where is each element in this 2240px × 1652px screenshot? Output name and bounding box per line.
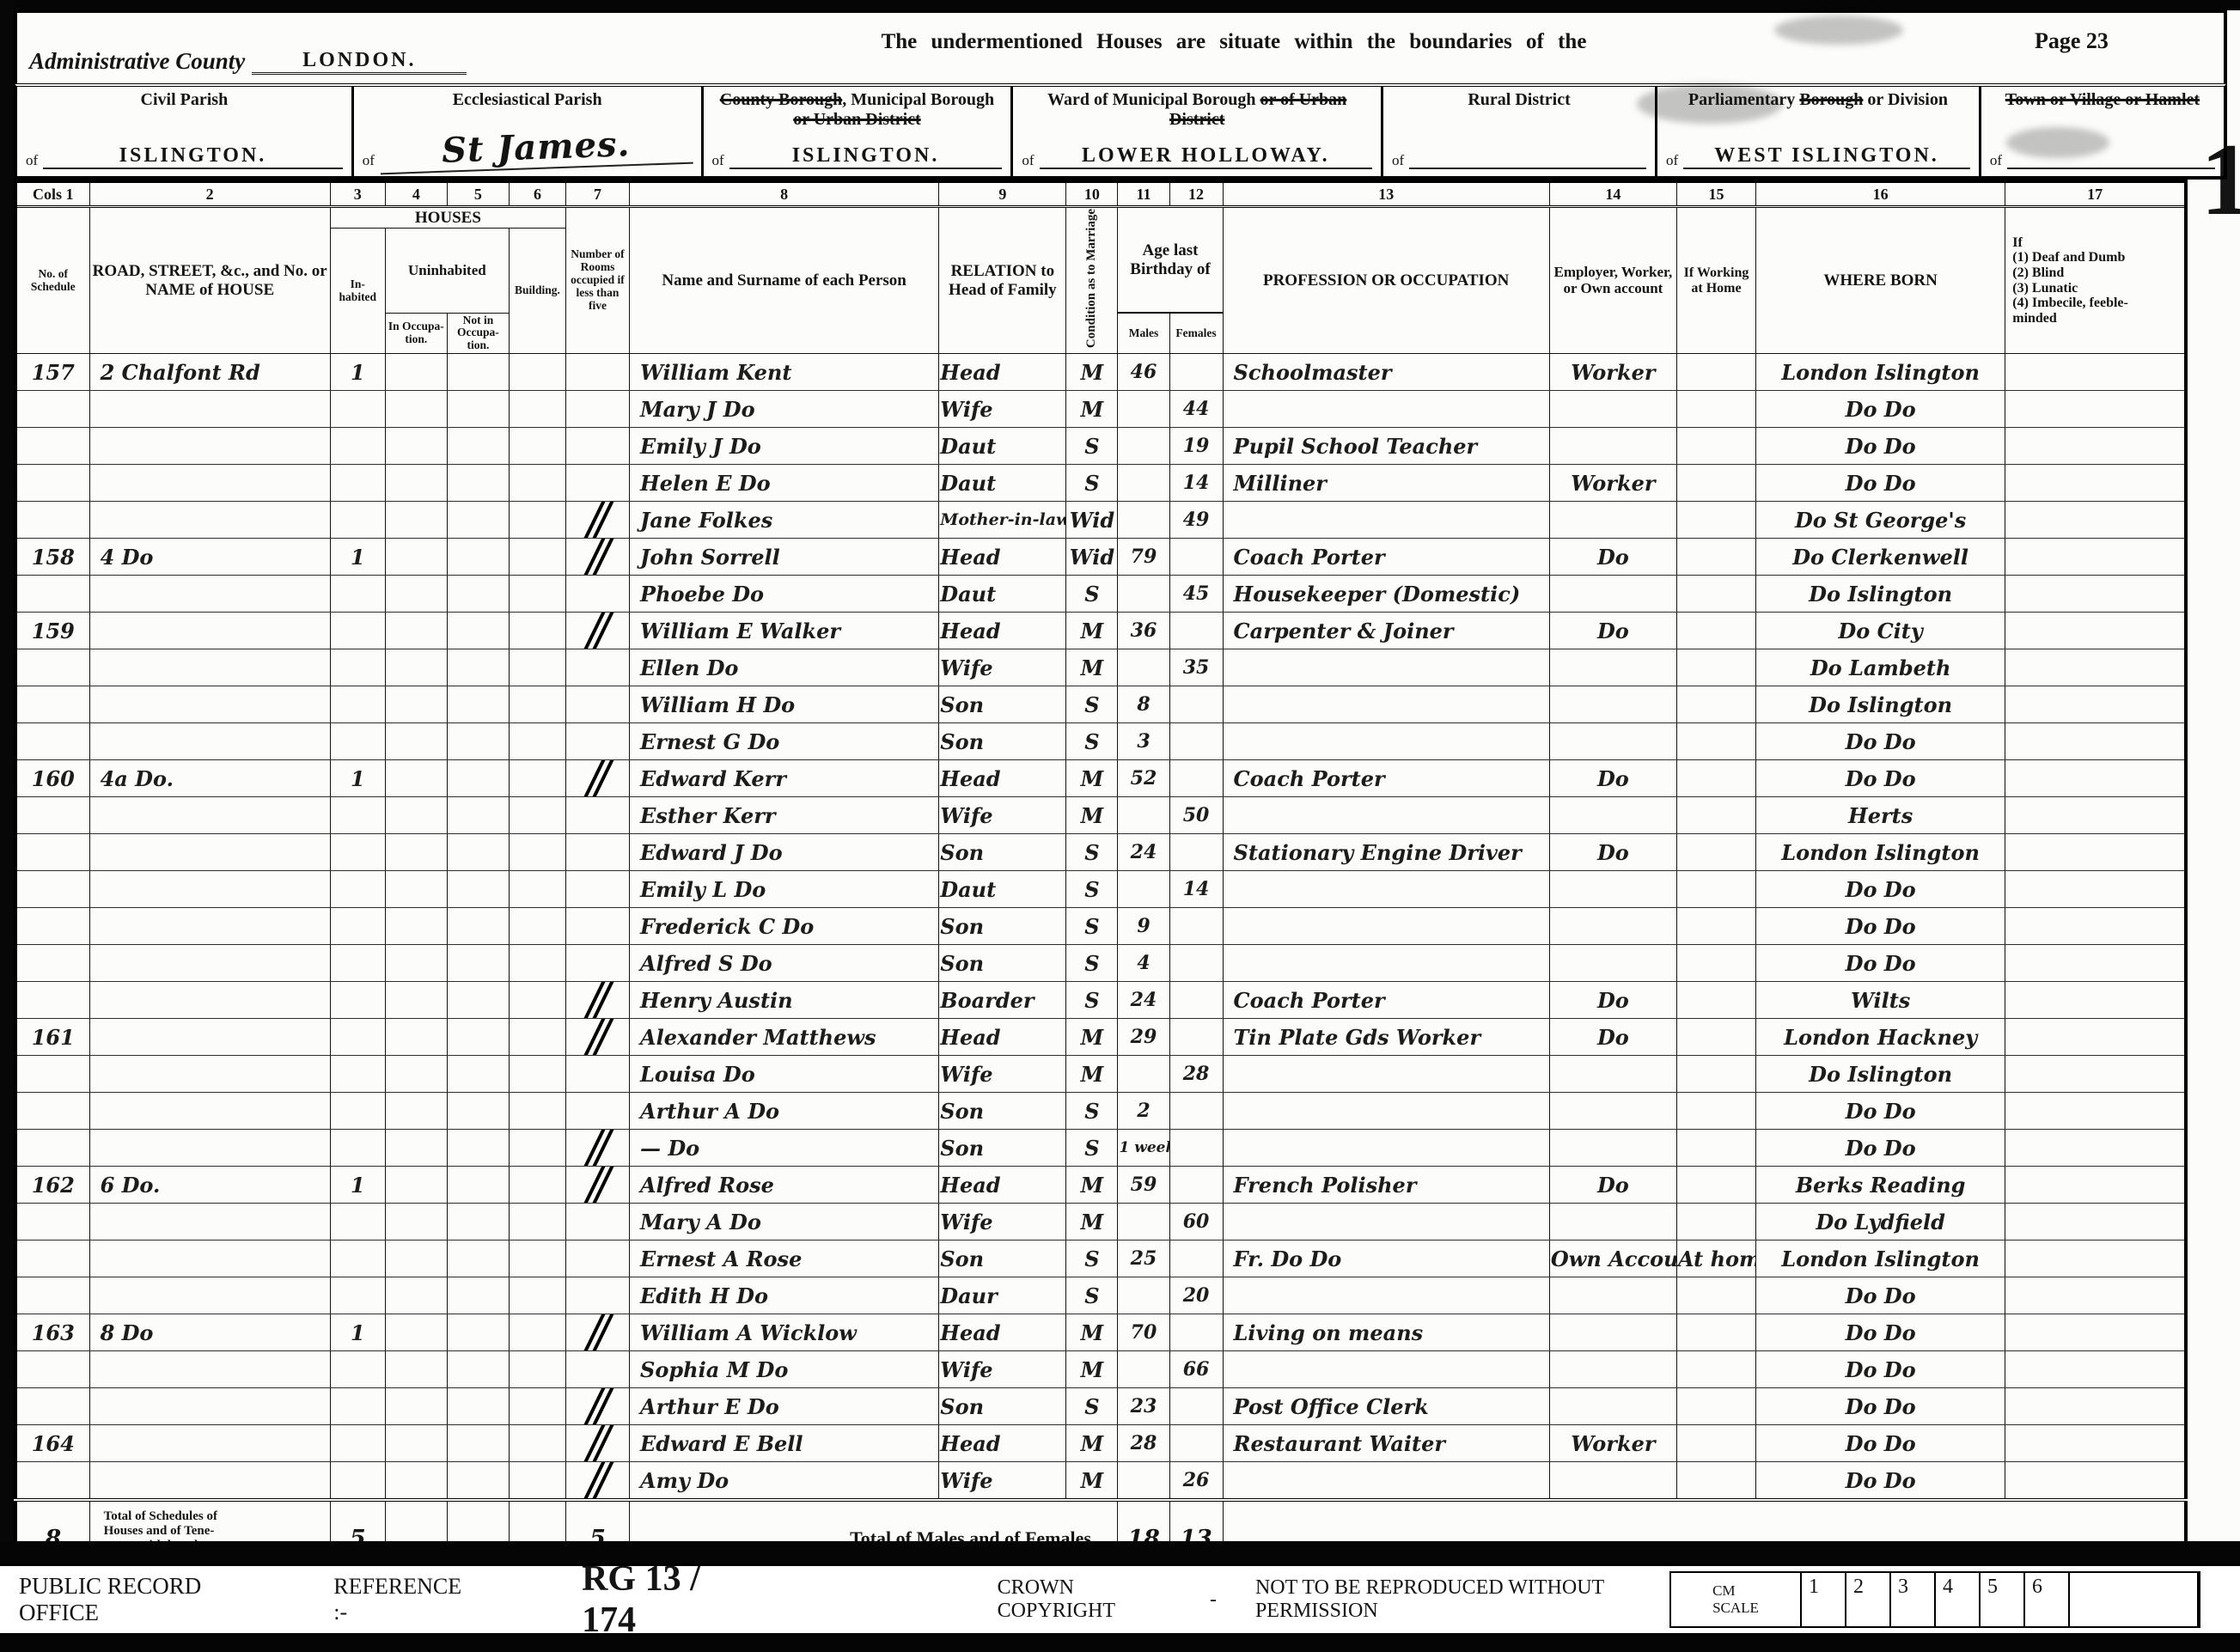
cell-building [509, 1241, 565, 1277]
cell-name: Ernest A Rose [630, 1241, 939, 1277]
cell-born: Do Do [1756, 1388, 2005, 1425]
cell-age_m: 46 [1118, 354, 1169, 391]
pen-tick-mark [567, 762, 628, 795]
cell-born: Do Do [1756, 1277, 2005, 1314]
cell-rooms [565, 1351, 629, 1388]
cell-inhab [330, 1388, 385, 1425]
cell-age_f [1169, 982, 1223, 1019]
cell-age_m [1118, 428, 1169, 465]
cell-home [1676, 1351, 1755, 1388]
cell-occupation: Fr. Do Do [1223, 1241, 1549, 1277]
cell-home [1676, 539, 1755, 576]
cell-occupation: French Polisher [1223, 1167, 1549, 1204]
cell-rooms [565, 945, 629, 982]
cell-occupation [1223, 1130, 1549, 1167]
cell-name: Henry Austin [630, 982, 939, 1019]
cell-occupation [1223, 1351, 1549, 1388]
cell-home [1676, 723, 1755, 760]
table-row: Edward J DoSonS24Stationary Engine Drive… [15, 834, 2186, 871]
cell-occupation: Coach Porter [1223, 760, 1549, 797]
pen-tick-mark [567, 1464, 628, 1497]
cell-road [89, 797, 330, 834]
cell-infirm [2005, 760, 2186, 797]
cell-building [509, 834, 565, 871]
cell-occupation [1223, 797, 1549, 834]
cell-home [1676, 1056, 1755, 1093]
cell-infirm [2005, 465, 2186, 502]
column-number: 3 [330, 181, 385, 207]
cell-occ_in [385, 576, 447, 613]
cell-name: Emily L Do [630, 871, 939, 908]
cell-born: Do Do [1756, 391, 2005, 428]
census-page: 1 Administrative County LONDON. The unde… [0, 0, 2240, 1652]
cell-infirm [2005, 354, 2186, 391]
cell-name: Edward Kerr [630, 760, 939, 797]
cell-occ_not [447, 502, 509, 539]
cell-occ_in [385, 1130, 447, 1167]
cell-age_m: 4 [1118, 945, 1169, 982]
cell-employer [1549, 1462, 1676, 1501]
cell-relation: Son [939, 1093, 1066, 1130]
column-number: 17 [2005, 181, 2186, 207]
cell-relation: Wife [939, 649, 1066, 686]
cell-sched: 164 [15, 1425, 89, 1462]
table-row: Edith H DoDaurS20Do Do [15, 1277, 2186, 1314]
cell-infirm [2005, 1277, 2186, 1314]
cell-occ_in [385, 613, 447, 649]
cell-building [509, 686, 565, 723]
cell-inhab [330, 428, 385, 465]
cell-inhab [330, 1462, 385, 1501]
cell-occ_not [447, 945, 509, 982]
cell-name: William A Wicklow [630, 1314, 939, 1351]
cell-sched [15, 1462, 89, 1501]
cell-sched [15, 723, 89, 760]
table-row: Mary A DoWifeM60Do Lydfield [15, 1204, 2186, 1241]
cell-building [509, 871, 565, 908]
cell-sched [15, 1056, 89, 1093]
cell-occupation: Post Office Clerk [1223, 1388, 1549, 1425]
permission-label: NOT TO BE REPRODUCED WITHOUT PERMISSION [1255, 1576, 1669, 1623]
of-prefix: of [712, 152, 724, 169]
cell-sched [15, 502, 89, 539]
cell-home [1676, 354, 1755, 391]
column-number: 8 [630, 181, 939, 207]
cell-born: Do Do [1756, 1130, 2005, 1167]
cell-home [1676, 649, 1755, 686]
cell-inhab [330, 1351, 385, 1388]
column-number: 6 [509, 181, 565, 207]
cell-age_f [1169, 834, 1223, 871]
cell-sched: 158 [15, 539, 89, 576]
cell-cond: M [1066, 1351, 1118, 1388]
cell-employer: Do [1549, 1019, 1676, 1056]
cell-employer [1549, 1314, 1676, 1351]
cell-occ_in [385, 1093, 447, 1130]
of-prefix: of [1022, 152, 1034, 169]
cell-relation: Head [939, 1314, 1066, 1351]
cell-occupation: Tin Plate Gds Worker [1223, 1019, 1549, 1056]
cell-sched [15, 982, 89, 1019]
cell-born: Do Do [1756, 1462, 2005, 1501]
district-box: Town or Village or Hamletof [1979, 87, 2224, 176]
pen-tick-mark [567, 540, 628, 573]
cell-employer [1549, 908, 1676, 945]
cell-occ_not [447, 539, 509, 576]
record-office-label: PUBLIC RECORD OFFICE [19, 1573, 252, 1626]
cell-occ_in [385, 1056, 447, 1093]
table-row: Frederick C DoSonS9Do Do [15, 908, 2186, 945]
cell-infirm [2005, 1167, 2186, 1204]
cell-road [89, 465, 330, 502]
cm-scale: CMSCALE 123456 [1669, 1571, 2200, 1628]
cell-building [509, 649, 565, 686]
cell-relation: Son [939, 1388, 1066, 1425]
cell-cond: M [1066, 391, 1118, 428]
district-value: LOWER HOLLOWAY. [1040, 144, 1372, 169]
cell-employer [1549, 945, 1676, 982]
reference-label: REFERENCE :- [333, 1574, 461, 1625]
cell-occupation [1223, 686, 1549, 723]
cell-sched [15, 1351, 89, 1388]
cell-home [1676, 1388, 1755, 1425]
cell-born: London Islington [1756, 354, 2005, 391]
cell-home [1676, 1130, 1755, 1167]
cell-employer [1549, 1277, 1676, 1314]
col-header-employer: Employer, Worker, or Own account [1549, 207, 1676, 354]
cell-age_f [1169, 354, 1223, 391]
cell-age_m: 23 [1118, 1388, 1169, 1425]
cell-relation: Son [939, 686, 1066, 723]
cell-occ_not [447, 834, 509, 871]
cell-rooms [565, 686, 629, 723]
census-form: Administrative County LONDON. The underm… [14, 10, 2227, 1611]
cell-cond: M [1066, 354, 1118, 391]
cell-relation: Daut [939, 576, 1066, 613]
cell-employer: Worker [1549, 354, 1676, 391]
cell-building [509, 1056, 565, 1093]
cell-born: Do St George's [1756, 502, 2005, 539]
column-number: 12 [1169, 181, 1223, 207]
district-title: Rural District [1392, 90, 1646, 110]
cell-occ_not [447, 908, 509, 945]
column-number: 2 [89, 181, 330, 207]
cell-age_f: 20 [1169, 1277, 1223, 1314]
cell-born: Do Do [1756, 945, 2005, 982]
column-number: 16 [1756, 181, 2005, 207]
cell-infirm [2005, 1019, 2186, 1056]
cell-born: Do Do [1756, 871, 2005, 908]
cell-age_m [1118, 1351, 1169, 1388]
cell-sched [15, 576, 89, 613]
cell-building [509, 1019, 565, 1056]
cell-sched: 159 [15, 613, 89, 649]
cell-employer [1549, 1388, 1676, 1425]
cell-occ_not [447, 1093, 509, 1130]
cell-age_f: 26 [1169, 1462, 1223, 1501]
cell-occ_not [447, 1425, 509, 1462]
cell-age_f: 14 [1169, 465, 1223, 502]
cell-relation: Daut [939, 428, 1066, 465]
cell-rooms [565, 1019, 629, 1056]
cell-infirm [2005, 1241, 2186, 1277]
cell-born: Do Do [1756, 465, 2005, 502]
cell-rooms [565, 871, 629, 908]
cell-occ_in [385, 391, 447, 428]
cell-name: Louisa Do [630, 1056, 939, 1093]
table-row: — DoSonS1 weekDo Do [15, 1130, 2186, 1167]
cell-road: 4 Do [89, 539, 330, 576]
cell-relation: Son [939, 945, 1066, 982]
cell-age_m: 28 [1118, 1425, 1169, 1462]
table-row: Henry AustinBoarderS24Coach PorterDoWilt… [15, 982, 2186, 1019]
cell-age_m: 52 [1118, 760, 1169, 797]
cell-born: Do Do [1756, 723, 2005, 760]
col-header-age: Age last Birthday of [1118, 207, 1223, 314]
cell-cond: M [1066, 1056, 1118, 1093]
cell-sched [15, 797, 89, 834]
cell-road [89, 1130, 330, 1167]
cell-infirm [2005, 539, 2186, 576]
cell-road: 6 Do. [89, 1167, 330, 1204]
cm-scale-mark: 3 [1891, 1573, 1936, 1626]
col-header-relation: RELATION to Head of Family [939, 207, 1066, 354]
cell-cond: S [1066, 908, 1118, 945]
table-row: Ernest G DoSonS3Do Do [15, 723, 2186, 760]
table-row: 1604a Do.1Edward KerrHeadM52Coach Porter… [15, 760, 2186, 797]
cell-inhab [330, 391, 385, 428]
cell-relation: Head [939, 1167, 1066, 1204]
cell-sched [15, 871, 89, 908]
table-row: Amy DoWifeM26Do Do [15, 1462, 2186, 1501]
district-value [2007, 145, 2215, 169]
cell-name: Ernest G Do [630, 723, 939, 760]
cell-occ_in [385, 502, 447, 539]
cell-cond: M [1066, 649, 1118, 686]
cell-cond: S [1066, 1093, 1118, 1130]
of-prefix: of [1392, 152, 1404, 169]
cell-infirm [2005, 945, 2186, 982]
cell-occ_in [385, 723, 447, 760]
table-row: Esther KerrWifeM50Herts [15, 797, 2186, 834]
cell-occ_in [385, 1241, 447, 1277]
cell-occupation: Pupil School Teacher [1223, 428, 1549, 465]
cell-age_f: 28 [1169, 1056, 1223, 1093]
cell-occupation: Stationary Engine Driver [1223, 834, 1549, 871]
cell-occ_not [447, 1314, 509, 1351]
cell-rooms [565, 613, 629, 649]
cell-born: Berks Reading [1756, 1167, 2005, 1204]
cell-road [89, 1204, 330, 1241]
cell-road [89, 686, 330, 723]
cell-inhab [330, 723, 385, 760]
cell-relation: Head [939, 539, 1066, 576]
cell-building [509, 1425, 565, 1462]
cell-road [89, 1462, 330, 1501]
cell-occ_in [385, 945, 447, 982]
header-band-districts: Civil ParishofISLINGTON.Ecclesiastical P… [14, 83, 2227, 180]
undermentioned-text: The undermentioned Houses are situate wi… [433, 30, 2035, 83]
cell-born: Do Islington [1756, 1056, 2005, 1093]
cell-cond: S [1066, 871, 1118, 908]
cell-name: Mary J Do [630, 391, 939, 428]
cell-infirm [2005, 576, 2186, 613]
cell-age_f: 66 [1169, 1351, 1223, 1388]
cell-employer [1549, 576, 1676, 613]
cell-road [89, 649, 330, 686]
cell-occ_in [385, 871, 447, 908]
cell-name: Edward J Do [630, 834, 939, 871]
cell-born: Do Do [1756, 908, 2005, 945]
table-row: Jane FolkesMother-in-lawWid49Do St Georg… [15, 502, 2186, 539]
table-row: Alfred S DoSonS4Do Do [15, 945, 2186, 982]
district-value: St James. [379, 122, 693, 175]
cell-age_f [1169, 1093, 1223, 1130]
cell-rooms [565, 1056, 629, 1093]
district-title: Civil Parish [26, 90, 343, 110]
cell-age_f [1169, 539, 1223, 576]
cell-name: Arthur A Do [630, 1093, 939, 1130]
cell-cond: S [1066, 1388, 1118, 1425]
table-row: William H DoSonS8Do Islington [15, 686, 2186, 723]
cell-occ_in [385, 465, 447, 502]
cell-relation: Wife [939, 1351, 1066, 1388]
cell-relation: Wife [939, 391, 1066, 428]
cell-occ_in [385, 1167, 447, 1204]
cell-occ_not [447, 1351, 509, 1388]
cell-cond: S [1066, 428, 1118, 465]
cell-employer: Do [1549, 1167, 1676, 1204]
cell-inhab [330, 1093, 385, 1130]
cell-occ_not [447, 1130, 509, 1167]
cell-infirm [2005, 834, 2186, 871]
cell-occ_not [447, 391, 509, 428]
cell-building [509, 539, 565, 576]
cell-occupation: Living on means [1223, 1314, 1549, 1351]
cell-employer [1549, 1351, 1676, 1388]
cell-occ_not [447, 1019, 509, 1056]
of-prefix: of [363, 152, 375, 169]
cell-cond: M [1066, 1462, 1118, 1501]
cell-age_m [1118, 502, 1169, 539]
column-number-row: Cols 1234567891011121314151617 [15, 181, 2186, 207]
cell-age_f [1169, 1167, 1223, 1204]
cell-road [89, 945, 330, 982]
cell-infirm [2005, 1130, 2186, 1167]
cell-building [509, 1462, 565, 1501]
cell-inhab [330, 465, 385, 502]
cell-rooms [565, 1241, 629, 1277]
cell-building [509, 1130, 565, 1167]
cell-employer: Own Account [1549, 1241, 1676, 1277]
cell-employer [1549, 686, 1676, 723]
cell-name: John Sorrell [630, 539, 939, 576]
district-entry: ofLOWER HOLLOWAY. [1022, 144, 1372, 169]
cell-home [1676, 391, 1755, 428]
pen-tick-mark [567, 984, 628, 1016]
col-header-inhabited: In-habited [330, 229, 385, 354]
column-number: 13 [1223, 181, 1549, 207]
cell-age_m [1118, 1277, 1169, 1314]
cell-building [509, 1277, 565, 1314]
cell-age_f: 49 [1169, 502, 1223, 539]
cell-age_m [1118, 576, 1169, 613]
cell-employer: Do [1549, 834, 1676, 871]
cell-relation: Daut [939, 465, 1066, 502]
cell-name: Edith H Do [630, 1277, 939, 1314]
admin-county-box: Administrative County LONDON. [17, 43, 433, 83]
col-header-road: ROAD, STREET, &c., and No. or NAME of HO… [89, 207, 330, 354]
cell-occupation: Housekeeper (Domestic) [1223, 576, 1549, 613]
cell-age_f [1169, 1241, 1223, 1277]
cell-cond: S [1066, 576, 1118, 613]
cell-employer [1549, 502, 1676, 539]
pen-tick-mark [567, 1131, 628, 1164]
cell-infirm [2005, 871, 2186, 908]
cell-road [89, 1388, 330, 1425]
cell-occ_not [447, 760, 509, 797]
cell-inhab [330, 945, 385, 982]
cell-occ_in [385, 1388, 447, 1425]
cell-cond: Wid [1066, 539, 1118, 576]
cell-employer [1549, 797, 1676, 834]
cell-occ_in [385, 760, 447, 797]
col-header-building: Building. [509, 229, 565, 354]
cell-employer [1549, 649, 1676, 686]
col-header-houses: HOUSES [330, 207, 565, 229]
district-box: Civil ParishofISLINGTON. [17, 87, 351, 176]
district-box: Ward of Municipal Borough or of Urban Di… [1010, 87, 1381, 176]
cell-cond: M [1066, 1314, 1118, 1351]
district-box: County Borough, Municipal Borough or Urb… [701, 87, 1011, 176]
cell-sched [15, 834, 89, 871]
cell-name: Phoebe Do [630, 576, 939, 613]
district-title: County Borough, Municipal Borough or Urb… [712, 90, 1003, 130]
cell-home [1676, 797, 1755, 834]
cell-occupation: Schoolmaster [1223, 354, 1549, 391]
cell-occ_in [385, 539, 447, 576]
cell-age_f: 19 [1169, 428, 1223, 465]
cell-name: Amy Do [630, 1462, 939, 1501]
cell-home [1676, 1314, 1755, 1351]
cell-inhab [330, 1277, 385, 1314]
cell-infirm [2005, 649, 2186, 686]
cell-building [509, 982, 565, 1019]
cell-cond: S [1066, 465, 1118, 502]
cm-scale-mark: 2 [1846, 1573, 1891, 1626]
cell-employer: Worker [1549, 465, 1676, 502]
archive-footer-strip: PUBLIC RECORD OFFICE REFERENCE :- RG 13 … [0, 1564, 2240, 1636]
cell-age_m: 24 [1118, 982, 1169, 1019]
cell-name: — Do [630, 1130, 939, 1167]
cell-relation: Head [939, 1019, 1066, 1056]
cell-name: Sophia M Do [630, 1351, 939, 1388]
cell-occupation [1223, 1462, 1549, 1501]
cell-building [509, 1093, 565, 1130]
cell-age_m: 29 [1118, 1019, 1169, 1056]
cell-age_f: 44 [1169, 391, 1223, 428]
table-row: Sophia M DoWifeM66Do Do [15, 1351, 2186, 1388]
cell-building [509, 576, 565, 613]
cell-inhab [330, 1425, 385, 1462]
cell-home [1676, 1019, 1755, 1056]
cell-age_f: 60 [1169, 1204, 1223, 1241]
cell-occ_not [447, 1204, 509, 1241]
cell-born: Do Islington [1756, 576, 2005, 613]
column-number: 10 [1066, 181, 1118, 207]
cell-home [1676, 465, 1755, 502]
cell-employer [1549, 871, 1676, 908]
